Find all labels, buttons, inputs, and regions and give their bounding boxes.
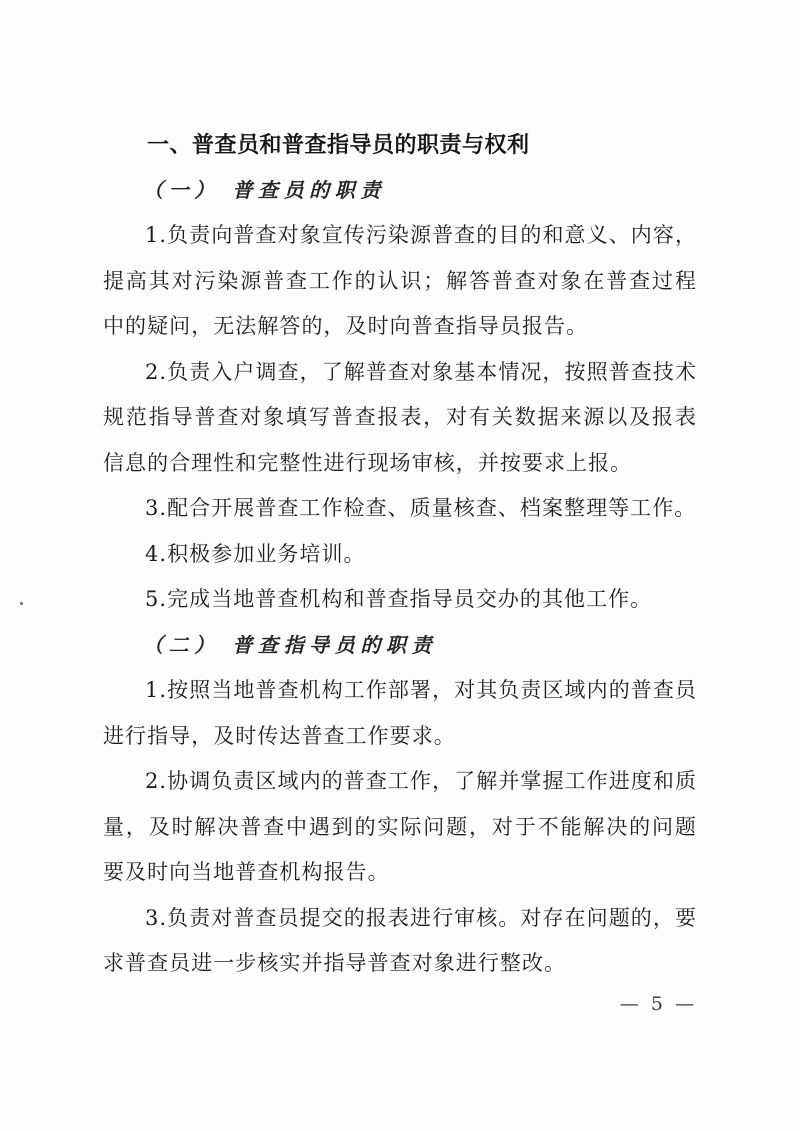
section-heading-census-instructor-duties: （二） 普查指导员的职责: [103, 623, 697, 669]
paragraph-census-instructor-duty-2: 2.协调负责区域内的普查工作，了解并掌握工作进度和质量，及时解决普查中遇到的实际…: [103, 759, 697, 896]
paragraph-census-taker-duty-4: 4.积极参加业务培训。: [103, 532, 697, 578]
section-heading-census-taker-duties: （一） 普查员的职责: [103, 168, 697, 214]
paragraph-census-instructor-duty-3: 3.负责对普查员提交的报表进行审核。对存在问题的，要求普查员进一步核实并指导普查…: [103, 896, 697, 987]
paragraph-census-taker-duty-3: 3.配合开展普查工作检查、质量核查、档案整理等工作。: [103, 486, 697, 532]
page-number: — 5 —: [620, 993, 697, 1015]
scan-speck-artifact: [20, 602, 23, 605]
document-content: 一、普查员和普查指导员的职责与权利 （一） 普查员的职责 1.负责向普查对象宣传…: [103, 122, 697, 987]
paragraph-census-taker-duty-5: 5.完成当地普查机构和普查指导员交办的其他工作。: [103, 577, 697, 623]
paragraph-census-taker-duty-1: 1.负责向普查对象宣传污染源普查的目的和意义、内容，提高其对污染源普查工作的认识…: [103, 213, 697, 350]
paragraph-census-instructor-duty-1: 1.按照当地普查机构工作部署，对其负责区域内的普查员进行指导，及时传达普查工作要…: [103, 668, 697, 759]
paragraph-census-taker-duty-2: 2.负责入户调查，了解普查对象基本情况，按照普查技术规范指导普查对象填写普查报表…: [103, 350, 697, 487]
document-page: 一、普查员和普查指导员的职责与权利 （一） 普查员的职责 1.负责向普查对象宣传…: [0, 0, 800, 1131]
page-title: 一、普查员和普查指导员的职责与权利: [103, 122, 697, 168]
